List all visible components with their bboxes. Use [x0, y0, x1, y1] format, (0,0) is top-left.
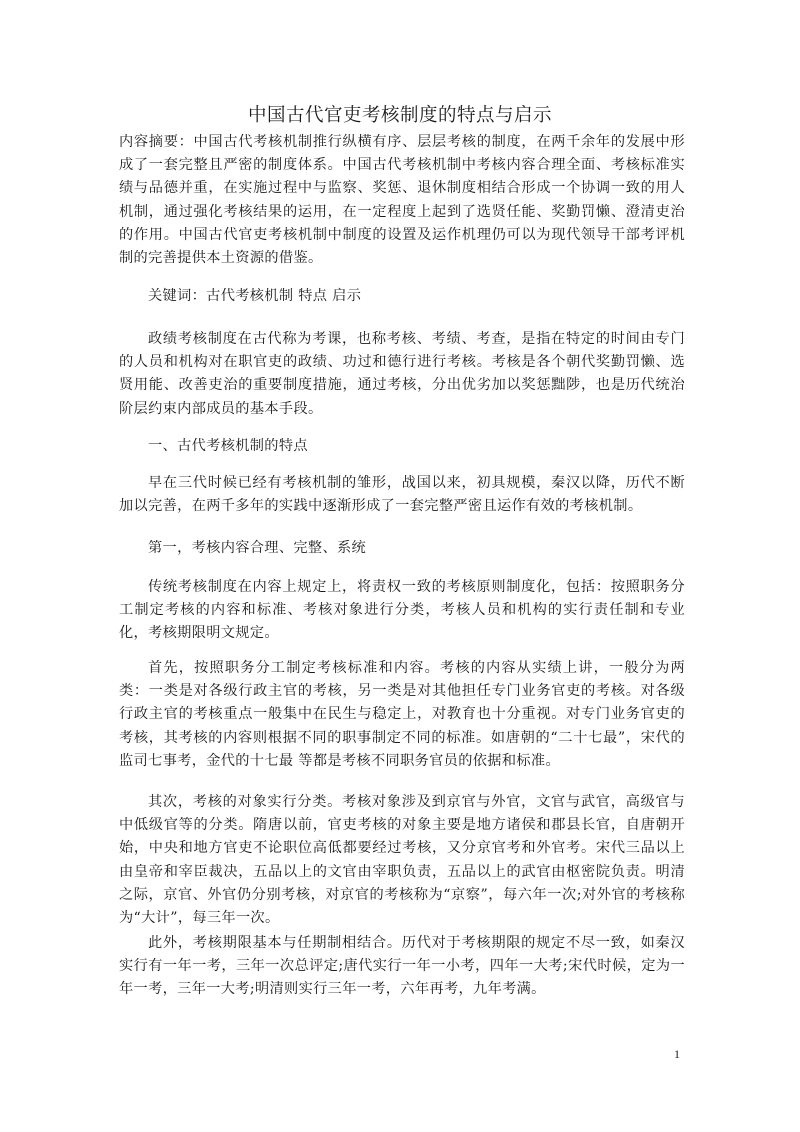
body-paragraph: 传统考核制度在内容上规定上，将责权一致的考核原则制度化，包括：按照职务分工制定考…	[119, 576, 685, 646]
body-paragraph: 其次，考核的对象实行分类。考核对象涉及到京官与外官，文官与武官，高级官与中低级官…	[119, 791, 685, 930]
body-paragraph: 首先，按照职务分工制定考核标准和内容。考核的内容从实绩上讲，一般分为两类：一类是…	[119, 657, 685, 773]
subsection-heading: 第一，考核内容合理、完整、系统	[119, 537, 685, 560]
document-page: 中国古代官吏考核制度的特点与启示 内容摘要：中国古代考核机制推行纵横有序、层层考…	[0, 0, 800, 1132]
body-paragraph: 此外，考核期限基本与任期制相结合。历代对于考核期限的规定不尽一致，如秦汉实行有一…	[119, 932, 685, 1002]
body-paragraph: 政绩考核制度在古代称为考课，也称考核、考绩、考查，是指在特定的时间由专门的人员和…	[119, 328, 685, 421]
document-title: 中国古代官吏考核制度的特点与启示	[0, 104, 800, 128]
keywords-line: 关键词：古代考核机制 特点 启示	[119, 285, 685, 308]
body-paragraph: 早在三代时候已经有考核机制的雏形，战国以来，初具规模，秦汉以降，历代不断加以完善…	[119, 472, 685, 518]
page-number: 1	[674, 1047, 680, 1061]
abstract-paragraph: 内容摘要：中国古代考核机制推行纵横有序、层层考核的制度，在两千余年的发展中形成了…	[119, 131, 685, 270]
section-heading: 一、古代考核机制的特点	[119, 435, 685, 458]
